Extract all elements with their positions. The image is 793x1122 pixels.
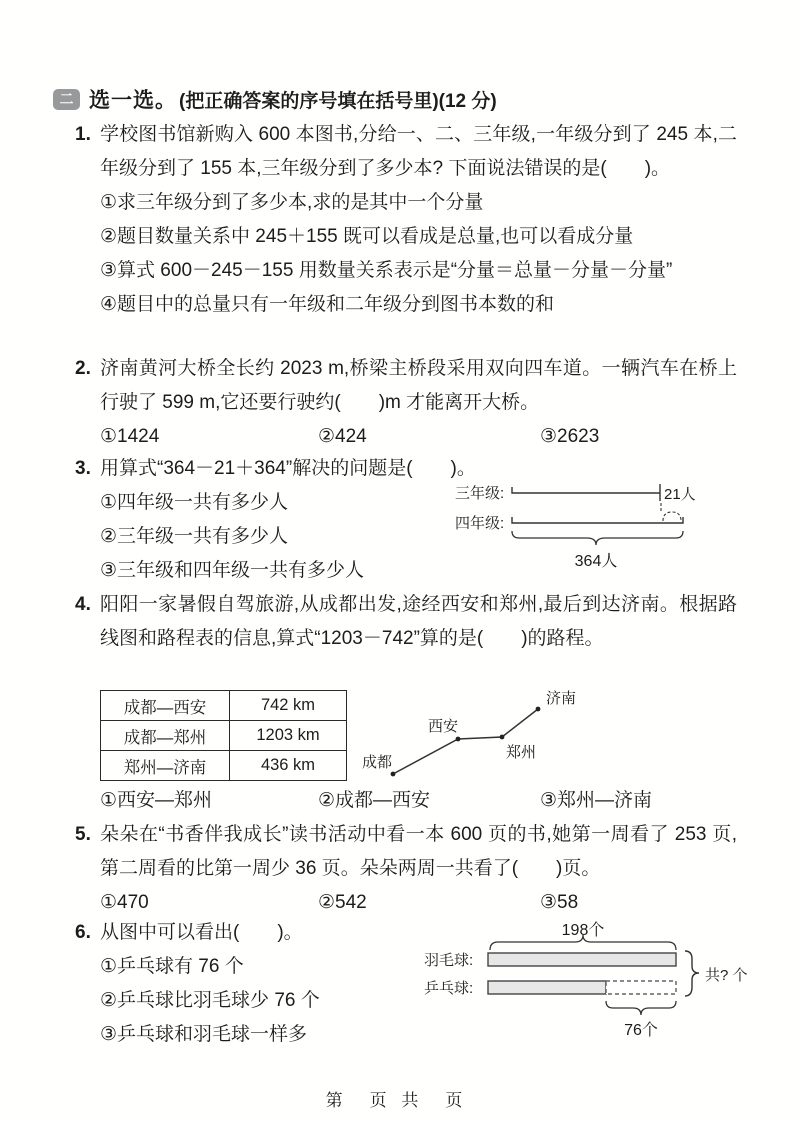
question-5: 5. 朵朵在“书香伴我成长”读书活动中看一本 600 页的书,她第一周看了 25…: [75, 818, 737, 920]
option: ③2623: [540, 420, 737, 454]
option: ①470: [100, 886, 318, 920]
distance-cell: 436 km: [230, 751, 347, 781]
city-dot-zhengzhou: [500, 735, 505, 740]
option: ②542: [318, 886, 540, 920]
distance-table: 成都—西安 742 km 成都—郑州 1203 km 郑州—济南 436 km: [100, 690, 347, 781]
section-subtitle: (把正确答案的序号填在括号里)(12 分): [179, 86, 497, 113]
question-number: 6.: [75, 916, 100, 1052]
option: ④题目中的总量只有一年级和二年级分到图书本数的和: [100, 288, 737, 322]
question-text: 学校图书馆新购入 600 本图书,分给一、二、三年级,一年级分到了 245 本,…: [100, 118, 737, 186]
section-header: 二 选一选。 (把正确答案的序号填在括号里)(12 分): [53, 84, 497, 114]
dashed-hook-21: [663, 512, 681, 521]
option: ②题目数量关系中 245＋155 既可以看成是总量,也可以看成分量: [100, 220, 737, 254]
table-row: 郑州—济南 436 km: [101, 751, 347, 781]
city-label-jinan: 济南: [546, 690, 576, 707]
section-number-badge: 二: [53, 89, 80, 110]
worksheet-page: 二 选一选。 (把正确答案的序号填在括号里)(12 分) 1. 学校图书馆新购入…: [0, 0, 793, 1122]
bar-label-grade3: 三年级:: [455, 484, 504, 502]
city-label-zhengzhou: 郑州: [506, 744, 536, 761]
route-line: [393, 709, 538, 774]
balls-bar-diagram: 198个 羽毛球: 乒乓球: 共? 个 76个: [424, 920, 756, 1042]
badminton-over-brace: [490, 935, 676, 950]
difference-brace: [606, 1001, 676, 1015]
distance-cell: 742 km: [230, 691, 347, 721]
option: ②成都—西安: [318, 784, 540, 818]
total-label: 共? 个: [705, 967, 748, 984]
distance-cell: 1203 km: [230, 721, 347, 751]
total-brace: [512, 531, 683, 545]
option: ③郑州—济南: [540, 784, 652, 818]
badminton-bar: [488, 953, 676, 966]
route-map: 成都 西安 郑州 济南: [362, 686, 692, 788]
options-row: ①西安—郑州 ②成都—西安 ③郑州—济南: [100, 784, 737, 818]
question-1: 1. 学校图书馆新购入 600 本图书,分给一、二、三年级,一年级分到了 245…: [75, 118, 737, 322]
pingpong-missing-bar: [606, 981, 676, 994]
option: ③算式 600－245－155 用数量关系表示是“分量＝总量－分量－分量”: [100, 254, 737, 288]
route-cell: 成都—郑州: [101, 721, 230, 751]
city-dot-chengdu: [391, 772, 396, 777]
question-body: 阳阳一家暑假自驾旅游,从成都出发,途经西安和郑州,最后到达济南。根据路线图和路程…: [100, 588, 737, 656]
question-number: 4.: [75, 588, 100, 656]
option: ③58: [540, 886, 737, 920]
diff-label: 21人: [664, 486, 696, 503]
question-number: 2.: [75, 352, 100, 454]
options-row: ①470 ②542 ③58: [100, 886, 737, 920]
route-cell: 郑州—济南: [101, 751, 230, 781]
table-row: 成都—西安 742 km: [101, 691, 347, 721]
bar-label-grade4: 四年级:: [455, 514, 504, 532]
options-row: ①1424 ②424 ③2623: [100, 420, 737, 454]
question-number: 5.: [75, 818, 100, 920]
city-label-chengdu: 成都: [362, 754, 392, 771]
option: ①求三年级分到了多少本,求的是其中一个分量: [100, 186, 737, 220]
grade3-bar: [512, 487, 660, 493]
page-footer: 第 页 共 页: [0, 1086, 793, 1111]
question-body: 学校图书馆新购入 600 本图书,分给一、二、三年级,一年级分到了 245 本,…: [100, 118, 737, 322]
grade4-bar: [512, 517, 683, 523]
question-text: 济南黄河大桥全长约 2023 m,桥梁主桥段采用双向四车道。一辆汽车在桥上行驶了…: [100, 352, 737, 420]
pingpong-bar: [488, 981, 606, 994]
grade-bar-diagram: 三年级: 四年级: 21人 364人: [455, 481, 715, 576]
option: ①1424: [100, 420, 318, 454]
bar-label-pingpong: 乒乓球:: [424, 980, 473, 997]
table-row: 成都—郑州 1203 km: [101, 721, 347, 751]
question-text: 朵朵在“书香伴我成长”读书活动中看一本 600 页的书,她第一周看了 253 页…: [100, 818, 737, 886]
route-cell: 成都—西安: [101, 691, 230, 721]
option: ①西安—郑州: [100, 784, 318, 818]
total-right-brace: [685, 951, 699, 996]
section-title: 选一选。: [89, 84, 177, 114]
question-4: 4. 阳阳一家暑假自驾旅游,从成都出发,途经西安和郑州,最后到达济南。根据路线图…: [75, 588, 737, 656]
total-label: 364人: [575, 552, 618, 570]
question-number: 1.: [75, 118, 100, 322]
question-body: 朵朵在“书香伴我成长”读书活动中看一本 600 页的书,她第一周看了 253 页…: [100, 818, 737, 920]
city-dot-xian: [456, 737, 461, 742]
question-text: 阳阳一家暑假自驾旅游,从成都出发,途经西安和郑州,最后到达济南。根据路线图和路程…: [100, 588, 737, 656]
question-2: 2. 济南黄河大桥全长约 2023 m,桥梁主桥段采用双向四车道。一辆汽车在桥上…: [75, 352, 737, 454]
option: ②424: [318, 420, 540, 454]
question-number: 3.: [75, 452, 100, 588]
city-dot-jinan: [536, 707, 541, 712]
city-label-xian: 西安: [428, 718, 458, 735]
question-body: 济南黄河大桥全长约 2023 m,桥梁主桥段采用双向四车道。一辆汽车在桥上行驶了…: [100, 352, 737, 454]
difference-label: 76个: [624, 1021, 658, 1039]
bar-label-badminton: 羽毛球:: [424, 952, 473, 969]
